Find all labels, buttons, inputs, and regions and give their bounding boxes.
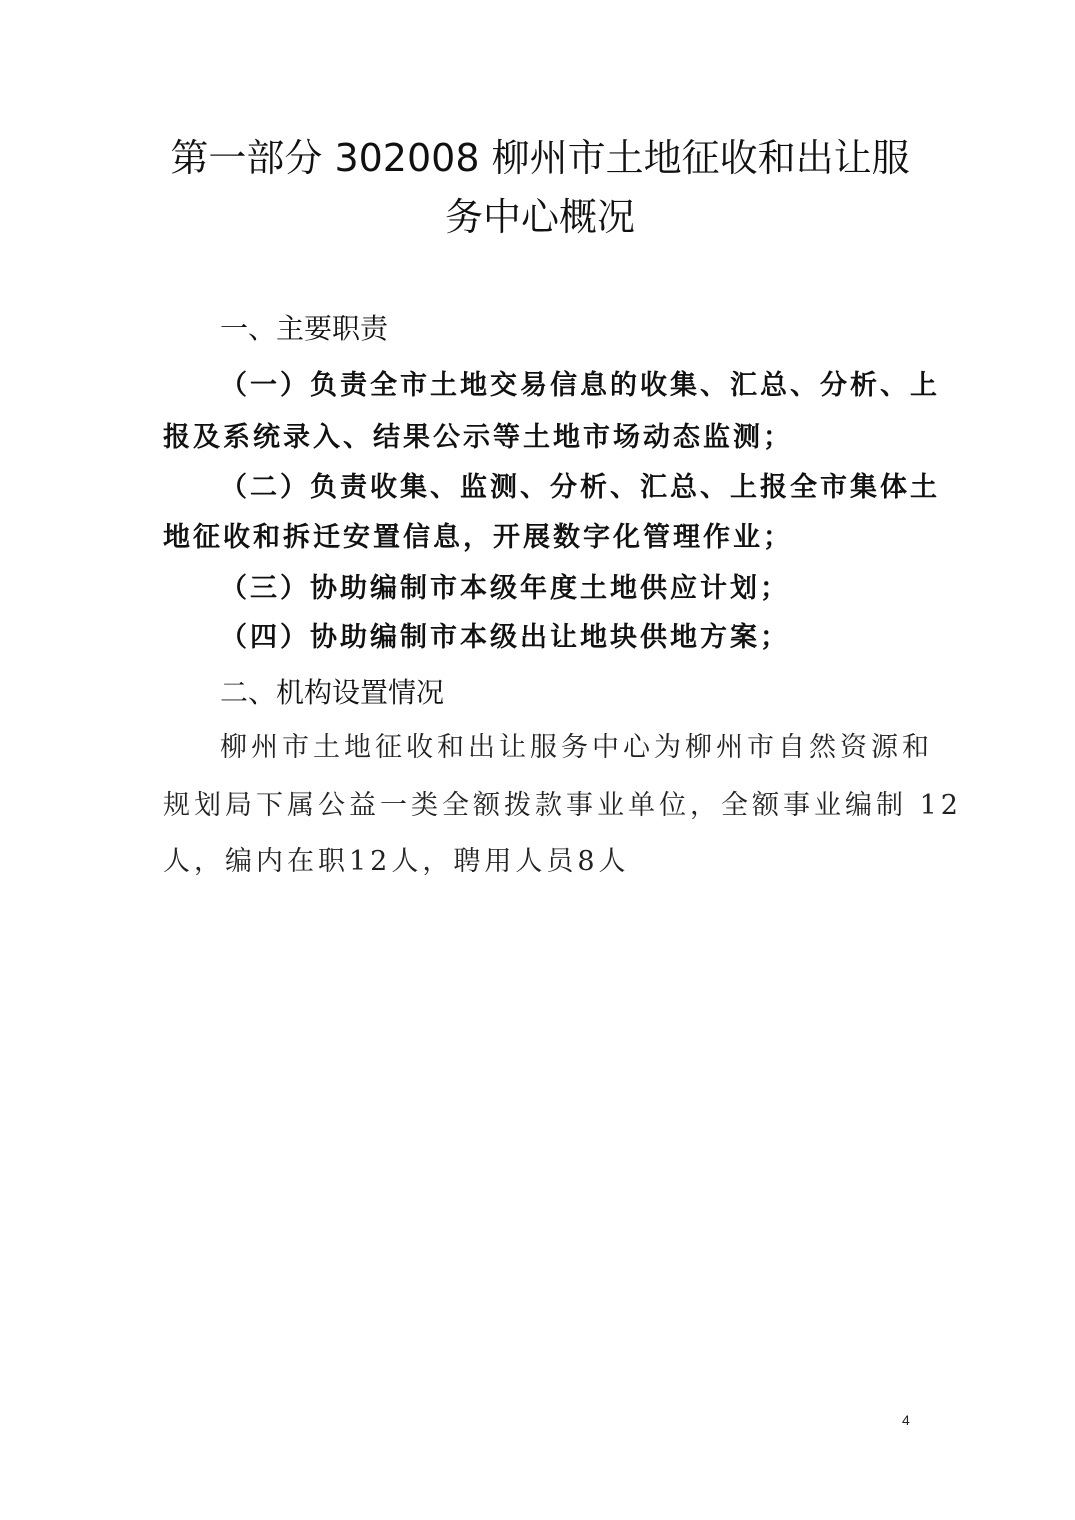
section-heading-responsibilities: 一、主要职责	[220, 309, 388, 349]
responsibility-item-1-line-2: 报及系统录入、结果公示等土地市场动态监测；	[163, 418, 793, 458]
responsibility-item-2-line-2: 地征收和拆迁安置信息，开展数字化管理作业；	[163, 518, 793, 558]
section-heading-organization: 二、机构设置情况	[220, 673, 444, 713]
document-title-line-1: 第一部分 302008 柳州市土地征收和出让服	[150, 128, 930, 188]
responsibility-item-3: （三）协助编制市本级年度土地供应计划；	[220, 569, 790, 609]
document-title-line-2: 务中心概况	[150, 187, 930, 247]
responsibility-item-1-line-1: （一）负责全市土地交易信息的收集、汇总、分析、上	[220, 366, 940, 406]
organization-paragraph-line-2: 规划局下属公益一类全额拨款事业单位，全额事业编制 12	[163, 786, 962, 826]
page-number: 4	[902, 1412, 910, 1428]
document-page: 第一部分 302008 柳州市土地征收和出让服 务中心概况 一、主要职责 （一）…	[0, 0, 1075, 1520]
organization-paragraph-line-3: 人，编内在职12人，聘用人员8人	[163, 842, 630, 882]
responsibility-item-2-line-1: （二）负责收集、监测、分析、汇总、上报全市集体土	[220, 468, 940, 508]
responsibility-item-4: （四）协助编制市本级出让地块供地方案；	[220, 618, 790, 658]
organization-paragraph-line-1: 柳州市土地征收和出让服务中心为柳州市自然资源和	[220, 728, 933, 768]
